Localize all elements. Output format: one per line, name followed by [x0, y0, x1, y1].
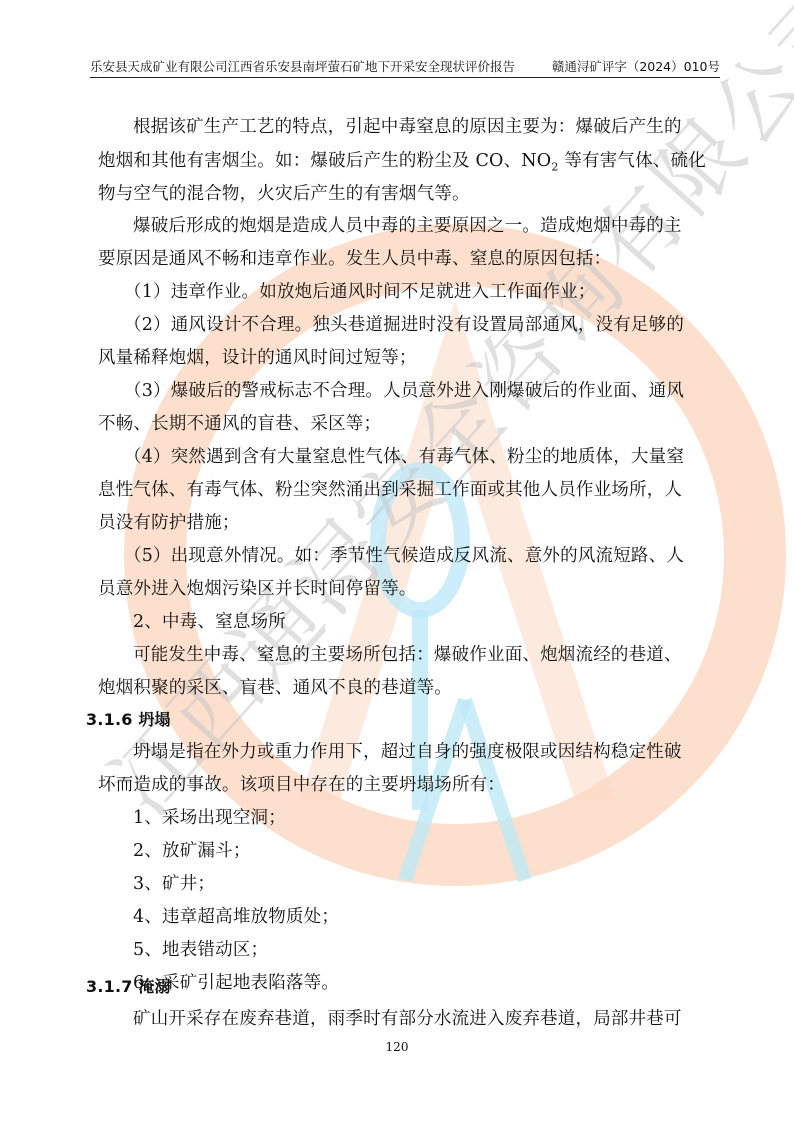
report-title: 乐安县天成矿业有限公司江西省乐安县南坪萤石矿地下开采安全现状评价报告 [90, 57, 515, 75]
paragraph-line: 物与空气的混合物，火灾后产生的有害烟气等。 [98, 182, 470, 206]
paragraph-line: 根据该矿生产工艺的特点，引起中毒窒息的原因主要为：爆破后产生的 [133, 115, 682, 139]
cause-item-2: （2）通风设计不合理。独头巷道掘进时没有设置局部通风，没有足够的 [124, 313, 684, 337]
text-run: 炮烟和其他有害烟尘。如：爆破后产生的粉尘及 CO、NO [98, 151, 551, 171]
paragraph-line: 息性气体、有毒气体、粉尘突然涌出到采掘工作面或其他人员作业场所，人 [98, 478, 682, 502]
paragraph-line: 炮烟积聚的采区、盲巷、通风不良的巷道等。 [98, 676, 452, 700]
cause-item-3: （3）爆破后的警戒标志不合理。人员意外进入刚爆破后的作业面、通风 [124, 379, 684, 403]
paragraph-line: 坏而造成的事故。该项目中存在的主要坍塌场所有： [98, 773, 505, 797]
section-heading-3-1-6: 3.1.6 坍塌 [86, 708, 171, 732]
paragraph-line: 矿山开采存在废弃巷道，雨季时有部分水流进入废弃巷道，局部井巷可 [133, 1007, 682, 1031]
text-run: 等有害气体、硫化 [559, 151, 706, 171]
page-number: 120 [0, 1040, 794, 1054]
list-item: 5、地表错动区； [133, 938, 268, 962]
document-number: 赣通浔矿评字（2024）010号 [552, 57, 720, 75]
cause-item-1: （1）违章作业。如放炮后通风时间不足就进入工作面作业； [124, 280, 596, 304]
paragraph-line: 员意外进入炮烟污染区并长时间停留等。 [98, 577, 417, 601]
paragraph-line: 爆破后形成的炮烟是造成人员中毒的主要原因之一。造成炮烟中毒的主 [133, 214, 682, 238]
paragraph-line: 炮烟和其他有害烟尘。如：爆破后产生的粉尘及 CO、NO2 等有害气体、硫化 [98, 149, 706, 180]
paragraph-line: 不畅、长期不通风的盲巷、采区等； [98, 412, 381, 436]
paragraph-line: 要原因是通风不畅和违章作业。发生人员中毒、窒息的原因包括： [98, 247, 611, 271]
page-header: 乐安县天成矿业有限公司江西省乐安县南坪萤石矿地下开采安全现状评价报告 赣通浔矿评… [90, 55, 720, 77]
cause-item-4: （4）突然遇到含有大量窒息性气体、有毒气体、粉尘的地质体，大量窒 [124, 445, 684, 469]
list-item: 3、矿井； [133, 872, 215, 896]
list-item: 1、采场出现空洞； [133, 806, 286, 830]
section-heading-3-1-7: 3.1.7 淹溺 [86, 975, 171, 999]
paragraph-line: 坍塌是指在外力或重力作用下，超过自身的强度极限或因结构稳定性破 [133, 740, 682, 764]
list-item: 2、放矿漏斗； [133, 839, 251, 863]
subsection-title: 2、中毒、窒息场所 [133, 610, 286, 634]
list-item: 4、违章超高堆放物质处； [133, 905, 339, 929]
paragraph-line: 可能发生中毒、窒息的主要场所包括：爆破作业面、炮烟流经的巷道、 [133, 643, 682, 667]
cause-item-5: （5）出现意外情况。如：季节性气候造成反风流、意外的风流短路、人 [124, 544, 684, 568]
paragraph-line: 员没有防护措施； [98, 511, 240, 535]
header-divider [90, 77, 720, 78]
paragraph-line: 风量稀释炮烟，设计的通风时间过短等； [98, 346, 417, 370]
subscript: 2 [551, 161, 558, 174]
